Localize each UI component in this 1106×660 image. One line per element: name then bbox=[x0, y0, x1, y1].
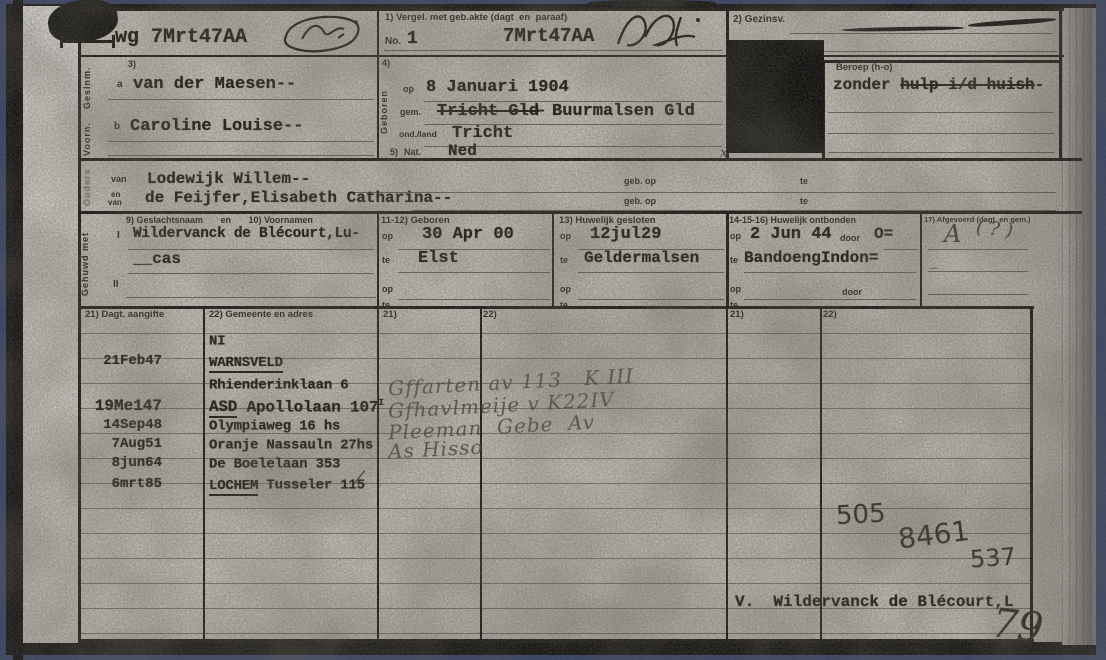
marriage-place: Geldermalsen bbox=[584, 250, 699, 267]
rule-line bbox=[578, 299, 724, 300]
register-entry-address: ASD Apollolaan 107I bbox=[209, 398, 384, 416]
rule-line bbox=[578, 272, 724, 273]
register-entry-date: 8jun64 bbox=[82, 456, 162, 471]
register-col22c-header: 22) bbox=[823, 310, 837, 320]
birth-ond-value: Tricht bbox=[452, 125, 513, 143]
register-entry-text: Apollolaan 107 bbox=[237, 398, 378, 416]
te-label: te bbox=[560, 301, 568, 310]
rule-line bbox=[126, 297, 376, 298]
tab-geslachtsnaam: Geslnm. bbox=[82, 60, 92, 116]
divorce-door-value: O= bbox=[874, 226, 893, 243]
border-line bbox=[377, 306, 379, 641]
register-entry-superscript: I bbox=[378, 397, 384, 408]
sec1-no-value: 1 bbox=[407, 30, 418, 49]
spouse-I-marker: I bbox=[117, 231, 120, 241]
op-label: op bbox=[730, 285, 741, 294]
redaction-box bbox=[727, 40, 824, 153]
firstnames-value: Caroline Louise-- bbox=[130, 118, 303, 136]
border-line bbox=[726, 306, 728, 641]
van2-label: van bbox=[108, 199, 122, 207]
spouse-name-line2: __cas bbox=[133, 251, 181, 268]
register-entry-date: 21Feb47 bbox=[82, 354, 162, 369]
register-entry-address: Rhienderinklaan 6 bbox=[209, 377, 348, 393]
stamp-oval-initials-icon bbox=[280, 12, 364, 54]
afgevoerd-handwriting-2: ( ? ) bbox=[975, 218, 1014, 241]
border-line bbox=[480, 306, 482, 641]
rule-line bbox=[884, 249, 918, 250]
spouse-name-line1: Wildervanck de Blécourt,Lu- bbox=[133, 227, 360, 242]
register-col21b-header: 21) bbox=[383, 310, 397, 320]
nat-label: Nat. bbox=[404, 148, 421, 157]
gem-label: gem. bbox=[400, 108, 421, 117]
geb-op-label-1: geb. op bbox=[624, 177, 656, 186]
border-line bbox=[1059, 8, 1062, 158]
owner-name-typed: V. Wildervanck de Blécourt,L bbox=[735, 594, 1013, 611]
register-entry-underlined-part: LOCHEM bbox=[209, 478, 258, 496]
tab-voornamen: Voorn. bbox=[82, 118, 92, 160]
beroep-value: zonder hulp i/d huish- bbox=[833, 77, 1044, 94]
rule-line bbox=[128, 273, 374, 274]
ond-land-label: ond./land bbox=[399, 130, 437, 139]
birth-gem-struck: Tricht Gld bbox=[437, 103, 539, 121]
sec1-label: 1) Vergel. met geb.akte (dagt en paraaf) bbox=[385, 13, 567, 23]
paraaf-signature-icon bbox=[610, 6, 702, 54]
spouse-birth-place: Elst bbox=[418, 250, 459, 268]
rule-line bbox=[398, 299, 550, 300]
sec5-number: 5) bbox=[390, 148, 398, 157]
rule-line bbox=[108, 141, 374, 142]
border-line bbox=[78, 8, 1064, 11]
te-label: te bbox=[730, 256, 738, 265]
rule-line bbox=[828, 152, 1054, 153]
register-address-header: 22) Gemeente en adres bbox=[209, 310, 313, 320]
border-line bbox=[78, 639, 1034, 643]
hand-page-number: 79 bbox=[990, 603, 1045, 649]
row-b-marker: b bbox=[114, 122, 120, 132]
nat-value: Ned bbox=[448, 143, 477, 160]
birth-date-value: 8 Januari 1904 bbox=[426, 79, 569, 97]
handwritten-number: 537 bbox=[969, 542, 1017, 573]
rule-line bbox=[828, 133, 1054, 134]
page-left-margin bbox=[23, 6, 78, 643]
op-label: op bbox=[382, 232, 393, 241]
spouse-II-marker: II bbox=[113, 280, 119, 290]
register-col21c-header: 21) bbox=[730, 310, 744, 320]
register-entry-underlined-part: WARNSVELD bbox=[209, 355, 283, 373]
register-entry-text: De Boelelaan 353 bbox=[209, 457, 340, 473]
page-right-edge bbox=[1062, 8, 1096, 645]
beroep-label: Beroep (h-o) bbox=[836, 63, 892, 73]
op-label: op bbox=[730, 232, 741, 241]
handwritten-note: As Hisso bbox=[388, 437, 484, 462]
spouse-birth-date: 30 Apr 00 bbox=[422, 226, 514, 244]
te-label-2: te bbox=[800, 197, 808, 206]
register-entry-address: LOCHEM Tusseler 115 bbox=[209, 477, 365, 493]
divorce-place: BandoengIndon= bbox=[744, 250, 878, 267]
register-entry-date: 14Sep48 bbox=[82, 418, 162, 433]
border-line bbox=[78, 211, 1082, 214]
rule-line bbox=[108, 155, 374, 156]
afgevoerd-handwriting: A bbox=[944, 222, 961, 246]
tab-geboren: Geboren bbox=[379, 72, 389, 152]
border-line bbox=[78, 55, 1064, 57]
rule-line bbox=[790, 33, 1052, 34]
border-line bbox=[726, 213, 729, 308]
op-label: op bbox=[560, 285, 571, 294]
register-entry-text: Rhienderinklaan 6 bbox=[209, 378, 348, 394]
op-label: op bbox=[403, 85, 414, 94]
sec3-number: 3) bbox=[128, 60, 136, 69]
register-entry-date: 6mrt85 bbox=[82, 477, 162, 492]
geb-op-label-2: geb. op bbox=[624, 197, 656, 206]
register-entry-date: 7Aug51 bbox=[82, 437, 162, 452]
register-entry-text: NI bbox=[209, 334, 225, 350]
te-label-1: te bbox=[800, 177, 808, 186]
register-entry-address: Oranje Nassauln 27hs bbox=[209, 437, 373, 453]
door-label: door bbox=[842, 288, 862, 297]
register-entry-date: 19Me147 bbox=[82, 398, 162, 415]
border-line bbox=[920, 213, 922, 308]
register-entry-underlined-part: ASD bbox=[209, 398, 237, 418]
rule-line bbox=[744, 299, 916, 300]
register-entry-address: Olympiaweg 16 hs bbox=[209, 418, 340, 434]
rule-line bbox=[928, 271, 1028, 272]
sec1-no-label: No. bbox=[385, 37, 401, 47]
border-line bbox=[1030, 306, 1033, 643]
register-entry-text: Olympiaweg 16 hs bbox=[209, 419, 340, 435]
strike-mark: ⊢ bbox=[536, 105, 544, 120]
border-line bbox=[820, 306, 822, 641]
corner-code: wg 7Mrt47AA bbox=[115, 27, 247, 48]
sec2-label: 2) Gezinsv. bbox=[733, 15, 785, 25]
border-line bbox=[78, 8, 81, 642]
sec9-header: 9) Geslachtsnaam en 10) Voornamen bbox=[126, 216, 313, 225]
binding-shadow-bar bbox=[13, 0, 23, 660]
typed-bracket-mark bbox=[60, 40, 115, 53]
rule-line bbox=[348, 192, 1056, 193]
birth-gem-value: Buurmalsen Gld bbox=[552, 103, 695, 121]
handwritten-number: 505 bbox=[835, 499, 886, 532]
op-label: op bbox=[382, 285, 393, 294]
register-entry-address: NI bbox=[209, 333, 225, 349]
register-entry-text: Oranje Nassauln 27hs bbox=[209, 438, 373, 454]
te-label: te bbox=[560, 256, 568, 265]
mother-value: de Feijfer,Elisabeth Catharina-- bbox=[145, 190, 452, 207]
surname-value: van der Maesen-- bbox=[133, 76, 296, 94]
tab-gehuwd-met: Gehuwd met bbox=[80, 224, 90, 304]
sec14-header: 14-15-16) Huwelijk ontbonden bbox=[729, 216, 856, 225]
sec1-date: 7Mrt47AA bbox=[503, 27, 594, 47]
tab-ouders: Ouders bbox=[82, 164, 92, 210]
row-a-marker: a bbox=[117, 80, 123, 90]
register-entry-address: WARNSVELD bbox=[209, 354, 283, 370]
van-label: van bbox=[111, 175, 127, 184]
border-line bbox=[377, 213, 379, 308]
rule-line bbox=[828, 112, 1054, 113]
register-date-header: 21) Dagt. aangifte bbox=[85, 310, 164, 320]
rule-line bbox=[744, 272, 916, 273]
rule-line bbox=[928, 249, 1028, 250]
rule-line bbox=[928, 294, 1028, 295]
sec4-number: 4) bbox=[382, 59, 390, 68]
rule-line bbox=[398, 272, 550, 273]
register-entry-text: Tusseler 115 bbox=[258, 478, 365, 494]
op-label: op bbox=[560, 232, 571, 241]
te-label: te bbox=[382, 256, 390, 265]
door-label: door bbox=[840, 234, 860, 243]
border-line bbox=[552, 213, 554, 308]
register-entry-address: De Boelelaan 353 bbox=[209, 456, 340, 472]
rule-line bbox=[108, 99, 374, 100]
father-value: Lodewijk Willem-- bbox=[147, 171, 310, 188]
scanned-persoonskaart-page: { "scan": { "corner_code": "wg 7Mrt47AA"… bbox=[0, 0, 1106, 660]
afgevoerd-handwriting-3: _ bbox=[930, 252, 938, 268]
border-line bbox=[78, 158, 1082, 161]
border-line bbox=[203, 306, 205, 641]
marriage-date: 12jul29 bbox=[590, 226, 661, 244]
register-col22b-header: 22) bbox=[483, 310, 497, 320]
divorce-date: 2 Jun 44 bbox=[750, 226, 832, 244]
